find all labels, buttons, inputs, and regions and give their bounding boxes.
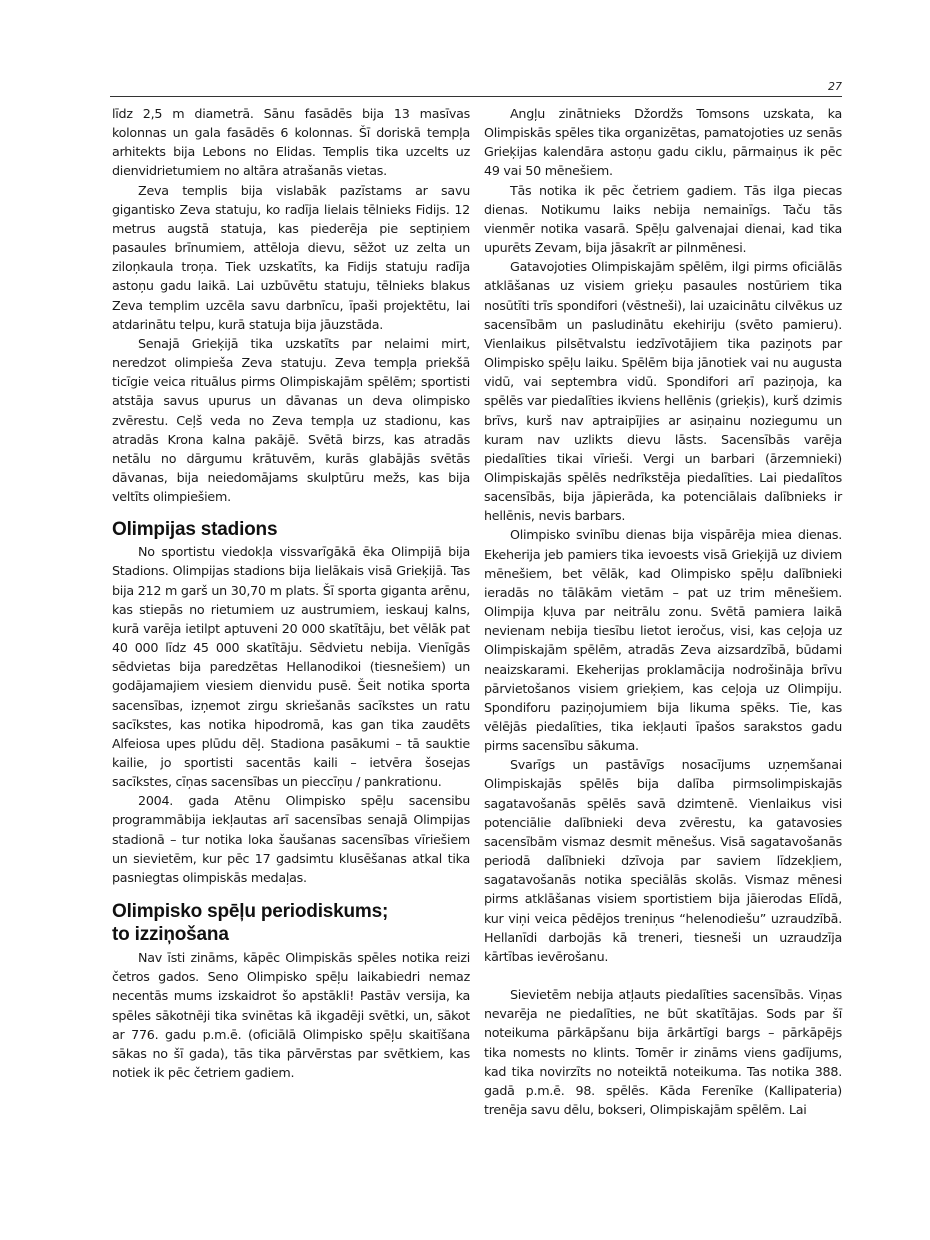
paragraph: Gatavojoties Olimpiskajām spēlēm, ilgi p… bbox=[484, 257, 842, 525]
heading-line-1: Olimpisko spēļu periodiskums; bbox=[112, 901, 388, 922]
paragraph: Olimpisko svinību dienas bija vispārēja … bbox=[484, 525, 842, 755]
section-heading-olimpijas-stadions: Olimpijas stadions bbox=[112, 518, 470, 541]
paragraph: līdz 2,5 m diametrā. Sānu fasādēs bija 1… bbox=[112, 104, 470, 181]
page-number: 27 bbox=[800, 80, 842, 93]
paragraph: Svarīgs un pastāvīgs nosacījums uzņemšan… bbox=[484, 755, 842, 966]
paragraph: Sievietēm nebija atļauts piedalīties sac… bbox=[484, 985, 842, 1119]
paragraph: 2004. gada Atēnu Olimpisko spēļu sacensi… bbox=[112, 791, 470, 887]
paragraph: Angļu zinātnieks Džordžs Tomsons uzskata… bbox=[484, 104, 842, 181]
left-column: līdz 2,5 m diametrā. Sānu fasādēs bija 1… bbox=[112, 104, 470, 1082]
heading-line-2: to izziņošana bbox=[112, 924, 229, 945]
paragraph-gap bbox=[484, 966, 842, 985]
paragraph: Nav īsti zināms, kāpēc Olimpiskās spēles… bbox=[112, 948, 470, 1082]
paragraph: No sportistu viedokļa vissvarīgākā ēka O… bbox=[112, 542, 470, 791]
header-rule bbox=[110, 96, 842, 97]
section-heading-periodiskums: Olimpisko spēļu periodiskums; to izziņoš… bbox=[112, 900, 470, 946]
paragraph: Zeva templis bija vislabāk pazīstams ar … bbox=[112, 181, 470, 334]
paragraph: Tās notika ik pēc četriem gadiem. Tās il… bbox=[484, 181, 842, 258]
right-column: Angļu zinātnieks Džordžs Tomsons uzskata… bbox=[484, 104, 842, 1119]
paragraph: Senajā Grieķijā tika uzskatīts par nelai… bbox=[112, 334, 470, 506]
